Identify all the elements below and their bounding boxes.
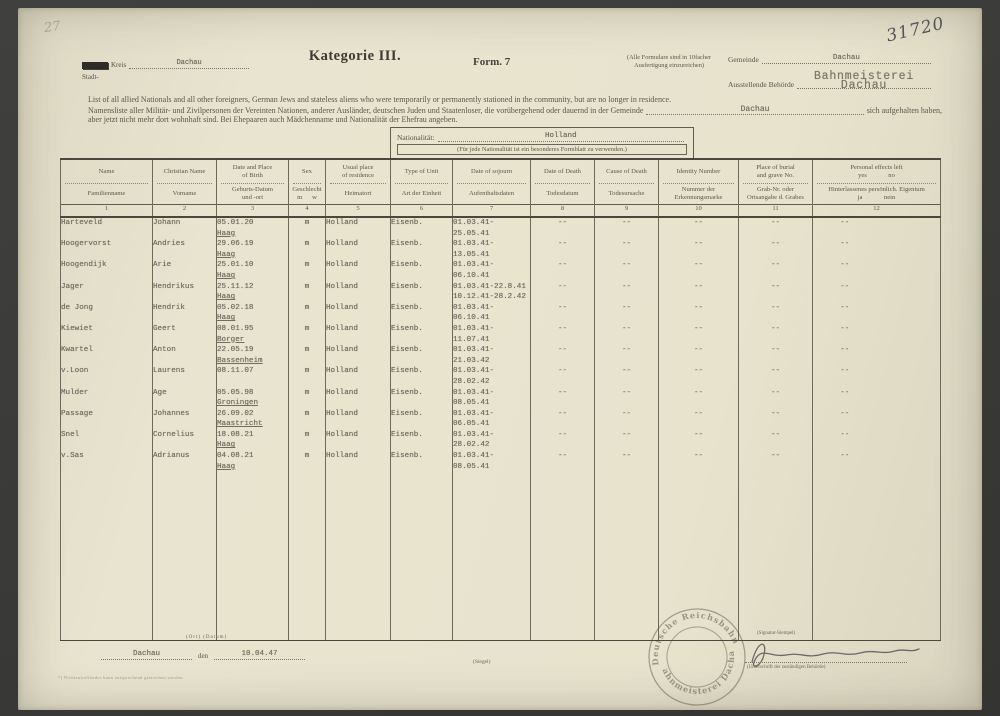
table-cell: -- xyxy=(813,217,941,239)
table-cell: 01.03.41-06.10.41 xyxy=(453,260,531,281)
table-cell: 01.03.41-22.8.4110.12.41-28.2.42 xyxy=(453,282,531,303)
table-row: KiewietGeert08.01.95BorgermHollandEisenb… xyxy=(61,324,941,345)
column-header: Usual placeof residenceHeimatort xyxy=(326,159,391,205)
pencil-mark: 27 xyxy=(43,19,61,36)
column-header: Type of UnitArt der Einheit xyxy=(391,159,453,205)
column-number: 6 xyxy=(391,205,453,218)
nationality-box: Nationalität: Holland (Für jede National… xyxy=(390,127,694,159)
table-cell: -- xyxy=(531,388,595,409)
column-number: 3 xyxy=(217,205,289,218)
kreis-value: Dachau xyxy=(176,59,201,67)
table-cell: Eisenb. xyxy=(391,217,453,239)
column-header: NameFamilienname xyxy=(61,159,153,205)
table-cell: 29.06.19Haag xyxy=(217,239,289,260)
table-cell: Cornelius xyxy=(153,430,217,451)
table-cell: -- xyxy=(813,260,941,281)
redacted-word xyxy=(82,62,108,69)
table-cell: -- xyxy=(739,217,813,239)
table-cell: Laurens xyxy=(153,366,217,387)
table-cell: 25.01.10Haag xyxy=(217,260,289,281)
table-cell-empty xyxy=(289,472,326,640)
column-number: 11 xyxy=(739,205,813,218)
table-cell: -- xyxy=(813,239,941,260)
table-cell: Eisenb. xyxy=(391,303,453,324)
column-header: SexGeschlechtm w xyxy=(289,159,326,205)
table-row: KwartelAnton22.05.19BassenheimmHollandEi… xyxy=(61,345,941,366)
table-cell: -- xyxy=(813,282,941,303)
table-cell-empty xyxy=(61,472,153,640)
handwritten-registry-number: 31720 xyxy=(885,14,947,47)
footnote: *) Nichtzutreffendes kann entsprechend g… xyxy=(58,675,184,680)
table-cell: v.Sas xyxy=(61,451,153,472)
table-cell: Holland xyxy=(326,451,391,472)
table-cell: -- xyxy=(659,388,739,409)
table-cell: 01.03.41-08.05.41 xyxy=(453,451,531,472)
table-cell-empty xyxy=(217,472,289,640)
table-cell: Kiewiet xyxy=(61,324,153,345)
table-cell-empty xyxy=(453,472,531,640)
table-cell: 26.09.02Maastricht xyxy=(217,409,289,430)
table-cell: Andries xyxy=(153,239,217,260)
ort-datum-label: (Ort) (Datum) xyxy=(186,635,227,640)
nationality-label: Nationalität: xyxy=(397,133,435,142)
table-cell: Holland xyxy=(326,239,391,260)
table-cell: 18.08.21Haag xyxy=(217,430,289,451)
intro-line-de-tail: sich aufgehalten haben, xyxy=(867,106,942,115)
column-number: 4 xyxy=(289,205,326,218)
table-cell: 01.03.41-11.07.41 xyxy=(453,324,531,345)
table-cell: Anton xyxy=(153,345,217,366)
column-number: 1 xyxy=(61,205,153,218)
column-header: Personal effects leftyes noHinterlassene… xyxy=(813,159,941,205)
column-number: 2 xyxy=(153,205,217,218)
table-cell: 01.03.41-28.02.42 xyxy=(453,366,531,387)
column-number: 7 xyxy=(453,205,531,218)
table-cell: Holland xyxy=(326,324,391,345)
table-row: v.LoonLaurens08.11.07mHollandEisenb.01.0… xyxy=(61,366,941,387)
table-cell: -- xyxy=(813,430,941,451)
table-cell: Hoogendijk xyxy=(61,260,153,281)
table-cell: 05.01.20Haag xyxy=(217,217,289,239)
table-cell: -- xyxy=(595,324,659,345)
table-cell: -- xyxy=(739,430,813,451)
intro-line-de-3: aber jetzt nicht mehr dort wohnhaft sind… xyxy=(88,115,942,124)
table-cell: -- xyxy=(813,303,941,324)
table-cell: -- xyxy=(813,366,941,387)
table-cell-empty xyxy=(391,472,453,640)
place-date-row: Dachau den 10.04.47 xyxy=(98,648,308,660)
table-row: PassageJohannes26.09.02MaastrichtmHollan… xyxy=(61,409,941,430)
table-cell: Harteveld xyxy=(61,217,153,239)
footer-place-value: Dachau xyxy=(133,650,160,658)
table-row: SnelCornelius18.08.21HaagmHollandEisenb.… xyxy=(61,430,941,451)
table-cell: -- xyxy=(659,324,739,345)
table-cell: -- xyxy=(531,260,595,281)
table-cell: Mulder xyxy=(61,388,153,409)
gemeinde-row: Gemeinde Dachau xyxy=(728,52,934,64)
table-cell: -- xyxy=(659,451,739,472)
table-cell: -- xyxy=(595,345,659,366)
table-cell: -- xyxy=(659,345,739,366)
table-cell: -- xyxy=(739,303,813,324)
table-cell: Holland xyxy=(326,260,391,281)
table-cell: 08.11.07 xyxy=(217,366,289,387)
table-cell: 01.03.41-25.05.41 xyxy=(453,217,531,239)
table-cell: -- xyxy=(813,345,941,366)
nationality-value: Holland xyxy=(545,132,577,140)
table-cell: Holland xyxy=(326,409,391,430)
table-cell: m xyxy=(289,366,326,387)
kreis-stadt-block: Kreis Dachau Stadt- xyxy=(82,58,257,81)
table-cell: 22.05.19Bassenheim xyxy=(217,345,289,366)
column-number: 5 xyxy=(326,205,391,218)
table-cell: -- xyxy=(531,409,595,430)
behoerde-value: Bahnmeisterei Dachau xyxy=(814,70,914,92)
table-cell: -- xyxy=(595,282,659,303)
table-cell: 01.03.41-06.05.41 xyxy=(453,409,531,430)
table-cell: Holland xyxy=(326,282,391,303)
table-cell: -- xyxy=(659,260,739,281)
table-cell: Eisenb. xyxy=(391,451,453,472)
table-cell: 25.11.12Haag xyxy=(217,282,289,303)
table-cell: Snel xyxy=(61,430,153,451)
table-cell: Eisenb. xyxy=(391,366,453,387)
column-header: Date of sojournAufenthaltsdaten xyxy=(453,159,531,205)
table-cell: -- xyxy=(659,366,739,387)
table-cell: Hoogervorst xyxy=(61,239,153,260)
column-number: 12 xyxy=(813,205,941,218)
table-cell: -- xyxy=(595,217,659,239)
table-cell: 01.03.41-21.03.42 xyxy=(453,345,531,366)
gemeinde-value: Dachau xyxy=(833,54,860,62)
table-cell: Jager xyxy=(61,282,153,303)
table-cell: -- xyxy=(595,239,659,260)
nationality-note: (Für jede Nationalität ist ein besondere… xyxy=(397,144,687,155)
table-cell: Johannes xyxy=(153,409,217,430)
table-cell-empty xyxy=(531,472,595,640)
table-cell: -- xyxy=(531,239,595,260)
table-cell: m xyxy=(289,217,326,239)
table-cell: -- xyxy=(659,217,739,239)
scan-background: 27 Kategorie III. Form. 7 (Alle Formular… xyxy=(0,0,1000,716)
table-cell: -- xyxy=(659,239,739,260)
table-cell: -- xyxy=(531,303,595,324)
table-cell: -- xyxy=(531,217,595,239)
table-cell: 05.02.18Haag xyxy=(217,303,289,324)
table-row: HoogervorstAndries29.06.19HaagmHollandEi… xyxy=(61,239,941,260)
column-number: 9 xyxy=(595,205,659,218)
table-cell: m xyxy=(289,260,326,281)
table-cell: Kwartel xyxy=(61,345,153,366)
behoerde-label: Ausstellende Behörde xyxy=(728,80,794,89)
den-label: den xyxy=(198,652,208,660)
table-cell: -- xyxy=(739,388,813,409)
stadt-label: Stadt- xyxy=(82,73,257,81)
table-cell: Johann xyxy=(153,217,217,239)
table-cell: Eisenb. xyxy=(391,409,453,430)
column-header: Cause of DeathTodesursache xyxy=(595,159,659,205)
table-cell: -- xyxy=(531,430,595,451)
kreis-label: Kreis xyxy=(111,61,126,69)
table-cell: -- xyxy=(659,303,739,324)
persons-table: NameFamiliennameChristian NameVornameDat… xyxy=(60,158,941,641)
column-header: Place of burialand grave No.Grab-Nr. ode… xyxy=(739,159,813,205)
table-cell: -- xyxy=(659,409,739,430)
footer-date-value: 10.04.47 xyxy=(242,650,278,658)
table-cell: 01.03.41-08.05.41 xyxy=(453,388,531,409)
table-cell: Holland xyxy=(326,345,391,366)
intro-paragraph: List of all allied Nationals and all oth… xyxy=(88,95,942,124)
table-cell: -- xyxy=(659,430,739,451)
table-cell: Hendrik xyxy=(153,303,217,324)
table-cell: -- xyxy=(595,388,659,409)
table-cell: Holland xyxy=(326,388,391,409)
table-cell: Holland xyxy=(326,303,391,324)
table-cell: Eisenb. xyxy=(391,282,453,303)
table-row: JagerHendrikus25.11.12HaagmHollandEisenb… xyxy=(61,282,941,303)
table-cell: -- xyxy=(813,388,941,409)
table-cell: -- xyxy=(739,366,813,387)
table-cell: -- xyxy=(813,324,941,345)
table-cell: Holland xyxy=(326,430,391,451)
table-cell: -- xyxy=(531,451,595,472)
table-cell: Geert xyxy=(153,324,217,345)
table-cell: Hendrikus xyxy=(153,282,217,303)
table-cell: Eisenb. xyxy=(391,430,453,451)
column-number: 8 xyxy=(531,205,595,218)
form-number-label: Form. 7 xyxy=(473,56,510,68)
table-cell: m xyxy=(289,451,326,472)
table-cell: -- xyxy=(595,366,659,387)
column-header: Identity NumberNummer derErkennungsmarke xyxy=(659,159,739,205)
column-number: 10 xyxy=(659,205,739,218)
intro-gemeinde-value: Dachau xyxy=(741,105,770,114)
table-cell: m xyxy=(289,324,326,345)
table-cell: m xyxy=(289,303,326,324)
table-cell: m xyxy=(289,430,326,451)
table-cell: m xyxy=(289,239,326,260)
table-cell: -- xyxy=(739,324,813,345)
table-row: HarteveldJohann05.01.20HaagmHollandEisen… xyxy=(61,217,941,239)
table-cell: 01.03.41-28.02.42 xyxy=(453,430,531,451)
category-title: Kategorie III. xyxy=(270,48,440,65)
table-cell: -- xyxy=(813,451,941,472)
table-cell: m xyxy=(289,388,326,409)
table-cell-empty xyxy=(153,472,217,640)
table-cell: 08.01.95Borger xyxy=(217,324,289,345)
gemeinde-label: Gemeinde xyxy=(728,55,759,64)
table-cell: Eisenb. xyxy=(391,239,453,260)
table-cell-empty xyxy=(813,472,941,640)
signature-line xyxy=(745,662,907,663)
table-cell: Age xyxy=(153,388,217,409)
table-cell: -- xyxy=(531,366,595,387)
table-cell: -- xyxy=(739,239,813,260)
table-row: MulderAge05.05.98GroningenmHollandEisenb… xyxy=(61,388,941,409)
table-cell: -- xyxy=(595,409,659,430)
document-sheet: 27 Kategorie III. Form. 7 (Alle Formular… xyxy=(18,8,982,710)
table-cell: 01.03.41-06.10.41 xyxy=(453,303,531,324)
table-cell: de Jong xyxy=(61,303,153,324)
table-cell: Holland xyxy=(326,366,391,387)
intro-line-en: List of all allied Nationals and all oth… xyxy=(88,95,942,104)
table-cell: Arie xyxy=(153,260,217,281)
table-row: de JongHendrik05.02.18HaagmHollandEisenb… xyxy=(61,303,941,324)
table-cell: Eisenb. xyxy=(391,345,453,366)
table-cell: -- xyxy=(659,282,739,303)
table-cell: -- xyxy=(595,430,659,451)
table-cell: m xyxy=(289,409,326,430)
table-cell: -- xyxy=(813,409,941,430)
table-row: v.SasAdrianus04.08.21HaagmHollandEisenb.… xyxy=(61,451,941,472)
table-cell: -- xyxy=(739,282,813,303)
table-cell: -- xyxy=(531,282,595,303)
table-cell-empty xyxy=(326,472,391,640)
unterschrift-label: (Unterschrift der zuständigen Behörde) xyxy=(747,665,825,670)
table-cell: v.Loon xyxy=(61,366,153,387)
column-header: Date of DeathTodesdatum xyxy=(531,159,595,205)
table-cell: Adrianus xyxy=(153,451,217,472)
table-cell: -- xyxy=(531,324,595,345)
table-cell: -- xyxy=(595,451,659,472)
table-cell: m xyxy=(289,282,326,303)
table-row: HoogendijkArie25.01.10HaagmHollandEisenb… xyxy=(61,260,941,281)
ausstellende-behoerde-row: Ausstellende Behörde Bahnmeisterei Dacha… xyxy=(728,70,934,89)
table-cell: m xyxy=(289,345,326,366)
table-cell: 04.08.21Haag xyxy=(217,451,289,472)
table-cell: 01.03.41-13.05.41 xyxy=(453,239,531,260)
table-cell: Holland xyxy=(326,217,391,239)
table-cell: Eisenb. xyxy=(391,260,453,281)
intro-line-de: Namensliste aller Militär- und Zivilpers… xyxy=(88,106,643,115)
table-cell: -- xyxy=(595,303,659,324)
column-header: Date and Placeof BirthGeburts-Datumund -… xyxy=(217,159,289,205)
table-cell: -- xyxy=(531,345,595,366)
table-cell: -- xyxy=(739,345,813,366)
table-cell: -- xyxy=(595,260,659,281)
column-header: Christian NameVorname xyxy=(153,159,217,205)
table-cell: 05.05.98Groningen xyxy=(217,388,289,409)
table-cell: -- xyxy=(739,451,813,472)
table-cell: Passage xyxy=(61,409,153,430)
table-cell: -- xyxy=(739,260,813,281)
siegel-label: (Siegel) xyxy=(473,659,490,665)
table-cell: Eisenb. xyxy=(391,324,453,345)
table-cell: -- xyxy=(739,409,813,430)
table-cell: Eisenb. xyxy=(391,388,453,409)
